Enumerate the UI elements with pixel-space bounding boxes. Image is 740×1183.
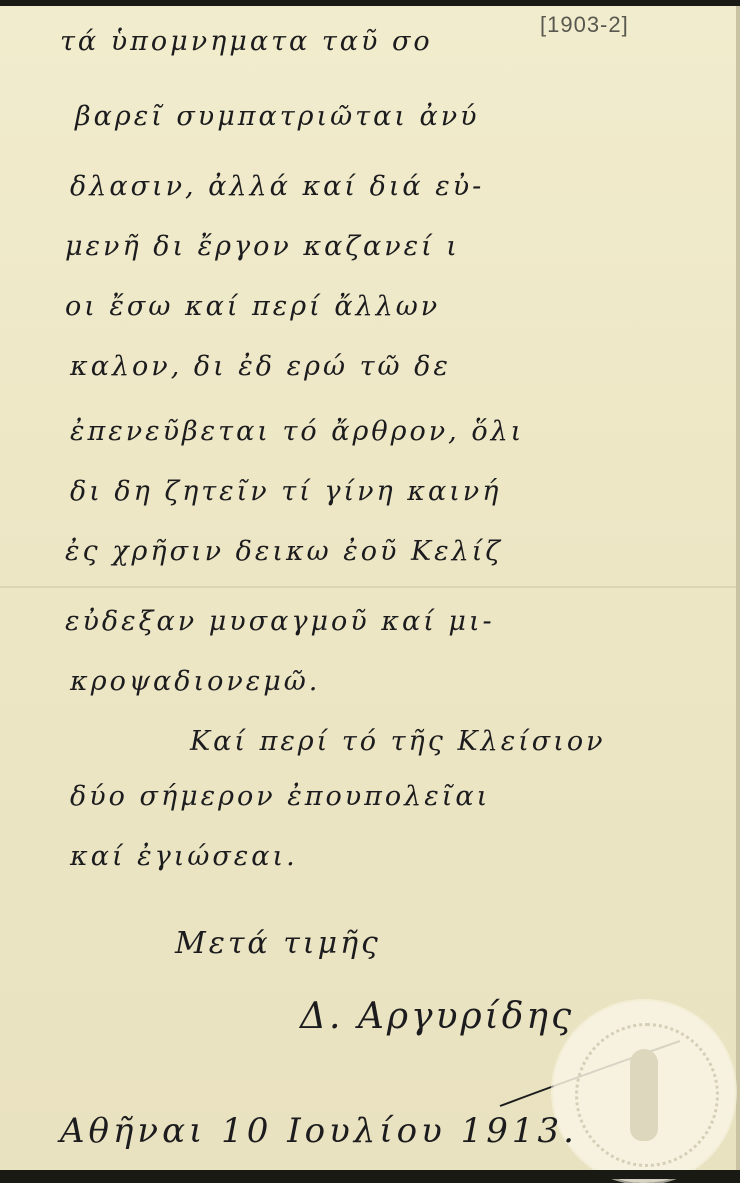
seal-vase-icon (630, 1049, 658, 1141)
text-line: βαρεῖ συμπατριῶται ἀνύ (75, 101, 480, 132)
signature: Δ. Αργυρίδης (300, 996, 574, 1037)
text-line: καί ἐγιώσεαι. (70, 841, 298, 872)
text-line: δλασιν, ἀλλά καί διά εὐ- (70, 171, 484, 202)
text-line: εὐδεξαν μυσαγμοῦ καί μι- (65, 606, 495, 637)
text-line: δι δη ζητεῖν τί γίνη καινή (70, 476, 501, 507)
date-line: Αθῆναι 10 Ιουλίου 1913. (60, 1111, 578, 1151)
closing-salutation: Μετά τιμῆς (175, 926, 381, 961)
text-line: κροψαδιονεμῶ. (70, 666, 320, 697)
institution-seal (553, 1001, 735, 1179)
paper-fold (0, 586, 736, 588)
text-line: δύο σήμερον ἐπουπολεῖαι (70, 781, 490, 812)
letter-page: [1903-2] τά ὑπομνηματα ταῦ σο βαρεῖ συμπ… (0, 6, 740, 1170)
text-line: καλον, δι ἐδ ερώ τῶ δε (70, 351, 451, 382)
text-line: μενῆ δι ἔργον καζανεί ι (65, 231, 460, 262)
text-line: ἐς χρῆσιν δεικω ἐοῦ Κελίζ (65, 536, 503, 567)
text-line: Καί περί τό τῆς Κλείσιον (190, 726, 606, 757)
text-line: ἐπενεῦβεται τό ἄρθρον, ὅλι (70, 416, 524, 447)
archive-reference: [1903-2] (540, 12, 629, 38)
text-line: τά ὑπομνηματα ταῦ σο (60, 26, 433, 57)
scan-bottom-border (0, 1170, 740, 1179)
text-line: οι ἔσω καί περί ἄλλων (65, 291, 440, 322)
